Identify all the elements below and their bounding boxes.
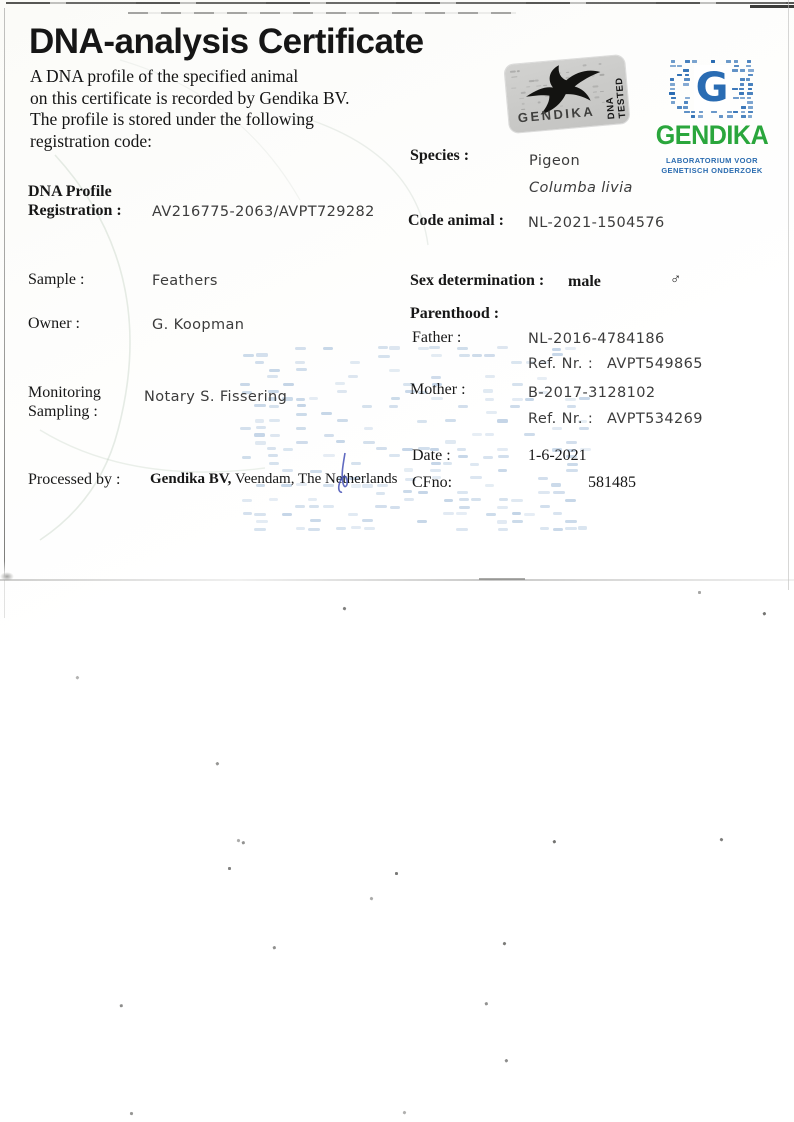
mother-value: B-2017-3128102 (528, 385, 656, 401)
species-label: Species : (410, 147, 469, 165)
monitoring-label-line2: Sampling : (28, 403, 98, 421)
sex-value: male (568, 273, 601, 291)
sample-value: Feathers (152, 273, 218, 289)
species-latin-value: Columba livia (529, 180, 633, 196)
intro-line: on this certificate is recorded by Gendi… (30, 88, 349, 110)
dna-profile-label-line1: DNA Profile (28, 183, 112, 201)
scan-fold-blob (0, 572, 14, 581)
species-value: Pigeon (529, 153, 580, 169)
cfno-label: CFno: (412, 474, 452, 492)
mother-ref-value: AVPT534269 (607, 411, 703, 427)
certificate-page: DNA-analysis Certificate A DNA profile o… (0, 0, 794, 1122)
scan-fold-line (0, 579, 794, 581)
dna-tested-sticker: GENDIKA DNA TESTED (504, 55, 629, 133)
owner-value: G. Koopman (152, 317, 244, 333)
code-animal-value: NL-2021-1504576 (528, 215, 665, 231)
monitoring-value: Notary S. Fissering (144, 389, 287, 405)
scan-edge-right-line (788, 0, 789, 590)
sex-determination-label: Sex determination : (410, 272, 544, 290)
logo-g-letter: G (694, 65, 730, 111)
date-label: Date : (412, 447, 451, 465)
monitoring-label-line1: Monitoring (28, 384, 101, 402)
father-label: Father : (412, 329, 461, 347)
dna-profile-value: AV216775-2063/AVPT729282 (152, 204, 375, 220)
mother-label: Mother : (410, 381, 466, 399)
scan-edge-top-line (6, 2, 794, 4)
pixel-pattern: G (669, 60, 755, 116)
scan-edge-left-line (4, 8, 6, 578)
logo-tagline-line2: GENETISCH ONDERZOEK (650, 166, 774, 176)
father-ref-label: Ref. Nr. : (528, 356, 593, 372)
processed-by-value-rest: Veendam, The Netherlands (231, 471, 397, 487)
code-animal-label: Code animal : (408, 212, 504, 230)
scan-edge-left-tail (4, 580, 5, 618)
father-ref-value: AVPT549865 (607, 356, 703, 372)
processed-by-label: Processed by : (28, 471, 120, 489)
intro-paragraph: A DNA profile of the specified animal on… (30, 66, 349, 152)
page-title: DNA-analysis Certificate (29, 22, 424, 62)
processed-by-value: Gendika BV, Veendam, The Netherlands (150, 471, 398, 488)
signature-squiggle (333, 451, 355, 495)
logo-brand-text: GENDIKA (654, 120, 769, 151)
gendika-logo: G GENDIKA LABORATORIUM VOOR GENETISCH ON… (650, 60, 774, 175)
intro-line: A DNA profile of the specified animal (30, 66, 349, 88)
male-symbol: ♂ (670, 272, 681, 289)
intro-line: registration code: (30, 131, 349, 153)
owner-label: Owner : (28, 315, 80, 333)
cfno-value: 581485 (588, 474, 636, 492)
logo-tagline-line1: LABORATORIUM VOOR (650, 156, 774, 166)
processed-by-value-bold: Gendika BV, (150, 471, 231, 487)
date-value: 1-6-2021 (528, 447, 587, 465)
parenthood-label: Parenthood : (410, 305, 499, 323)
intro-line: The profile is stored under the followin… (30, 109, 349, 131)
scan-edge-top-smudge (128, 12, 516, 14)
father-value: NL-2016-4784186 (528, 331, 665, 347)
sample-label: Sample : (28, 271, 84, 289)
scan-fold-dark-segment (479, 578, 525, 580)
dna-profile-label-line2: Registration : (28, 202, 122, 220)
logo-tagline: LABORATORIUM VOOR GENETISCH ONDERZOEK (650, 156, 774, 175)
sticker-side-text: DNA TESTED (601, 58, 628, 120)
mother-ref-label: Ref. Nr. : (528, 411, 593, 427)
